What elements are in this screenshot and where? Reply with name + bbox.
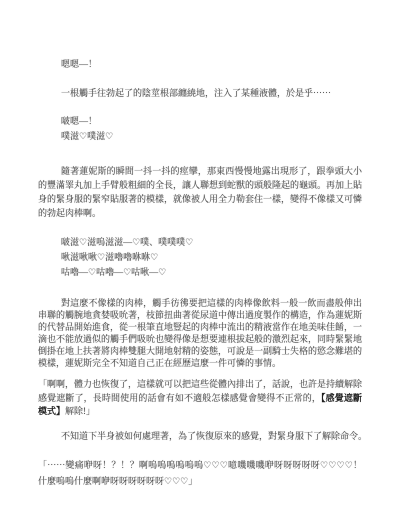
quote-text-post: 解除!」 [65,406,95,416]
narrative-paragraph-2: 對這麼不像樣的肉棒，觸手彷彿要把這樣的肉棒像飲料一般一飲而盡般伸出串聯的觸腕地貪… [38,297,362,369]
moan-line: 噗滋♡噗滋♡ [38,129,362,144]
narrative-paragraph-1: 隨著蓮妮斯的瞬間一抖一抖的痙攣，那東西慢慢地露出現形了，跟拳頭大小的豐滿睪丸加上… [38,164,362,220]
moan-line: 咕嚕—♡咕嚕—♡咕啾—♡ [38,265,362,280]
moan-line-1: 嗯嗯—！ [38,57,362,72]
narrative-sentence-1: 一根觸手往勃起了的陰莖根部纏繞地，注入了某種液體，於是乎⋯⋯ [38,86,362,101]
moan-line: 啾滋啾啾♡滋嚕嚕咻咻♡ [38,250,362,265]
narrative-sentence-2: 不知道下半身被如何處理著，為了恢復原來的感覺，對緊身服下了解除命令。 [38,429,362,444]
novel-text-page: 嗯嗯—！ 一根觸手往勃起了的陰莖根部纏繞地，注入了某種液體，於是乎⋯⋯ 啵嗯—！… [0,0,400,518]
dialogue-quote-2: 「⋯⋯變痛咿呀！？！？啊嗚嗚嗚嗚嗚嗚♡♡♡噫嘰嘰嘰咿呀呀呀呀呀♡♡♡♡！什麼嗚嗚… [38,457,362,489]
quote-text-pre: 「啊啊，體力也恢復了，這樣就可以把這些從體內排出了，話說，也許是持續解除感覺遮斷… [38,379,362,403]
moan-line: 啵滋♡滋嗚滋滋—♡噗、噗噗噗♡ [38,235,362,250]
moan-block-1: 啵嗯—！ 噗滋♡噗滋♡ [38,114,362,144]
moan-block-2: 啵滋♡滋嗚滋滋—♡噗、噗噗噗♡ 啾滋啾啾♡滋嚕嚕咻咻♡ 咕嚕—♡咕嚕—♡咕啾—♡ [38,235,362,280]
moan-line: 啵嗯—！ [38,114,362,129]
dialogue-quote-1: 「啊啊，體力也恢復了，這樣就可以把這些從體內排出了，話說，也許是持續解除感覺遮斷… [38,378,362,419]
